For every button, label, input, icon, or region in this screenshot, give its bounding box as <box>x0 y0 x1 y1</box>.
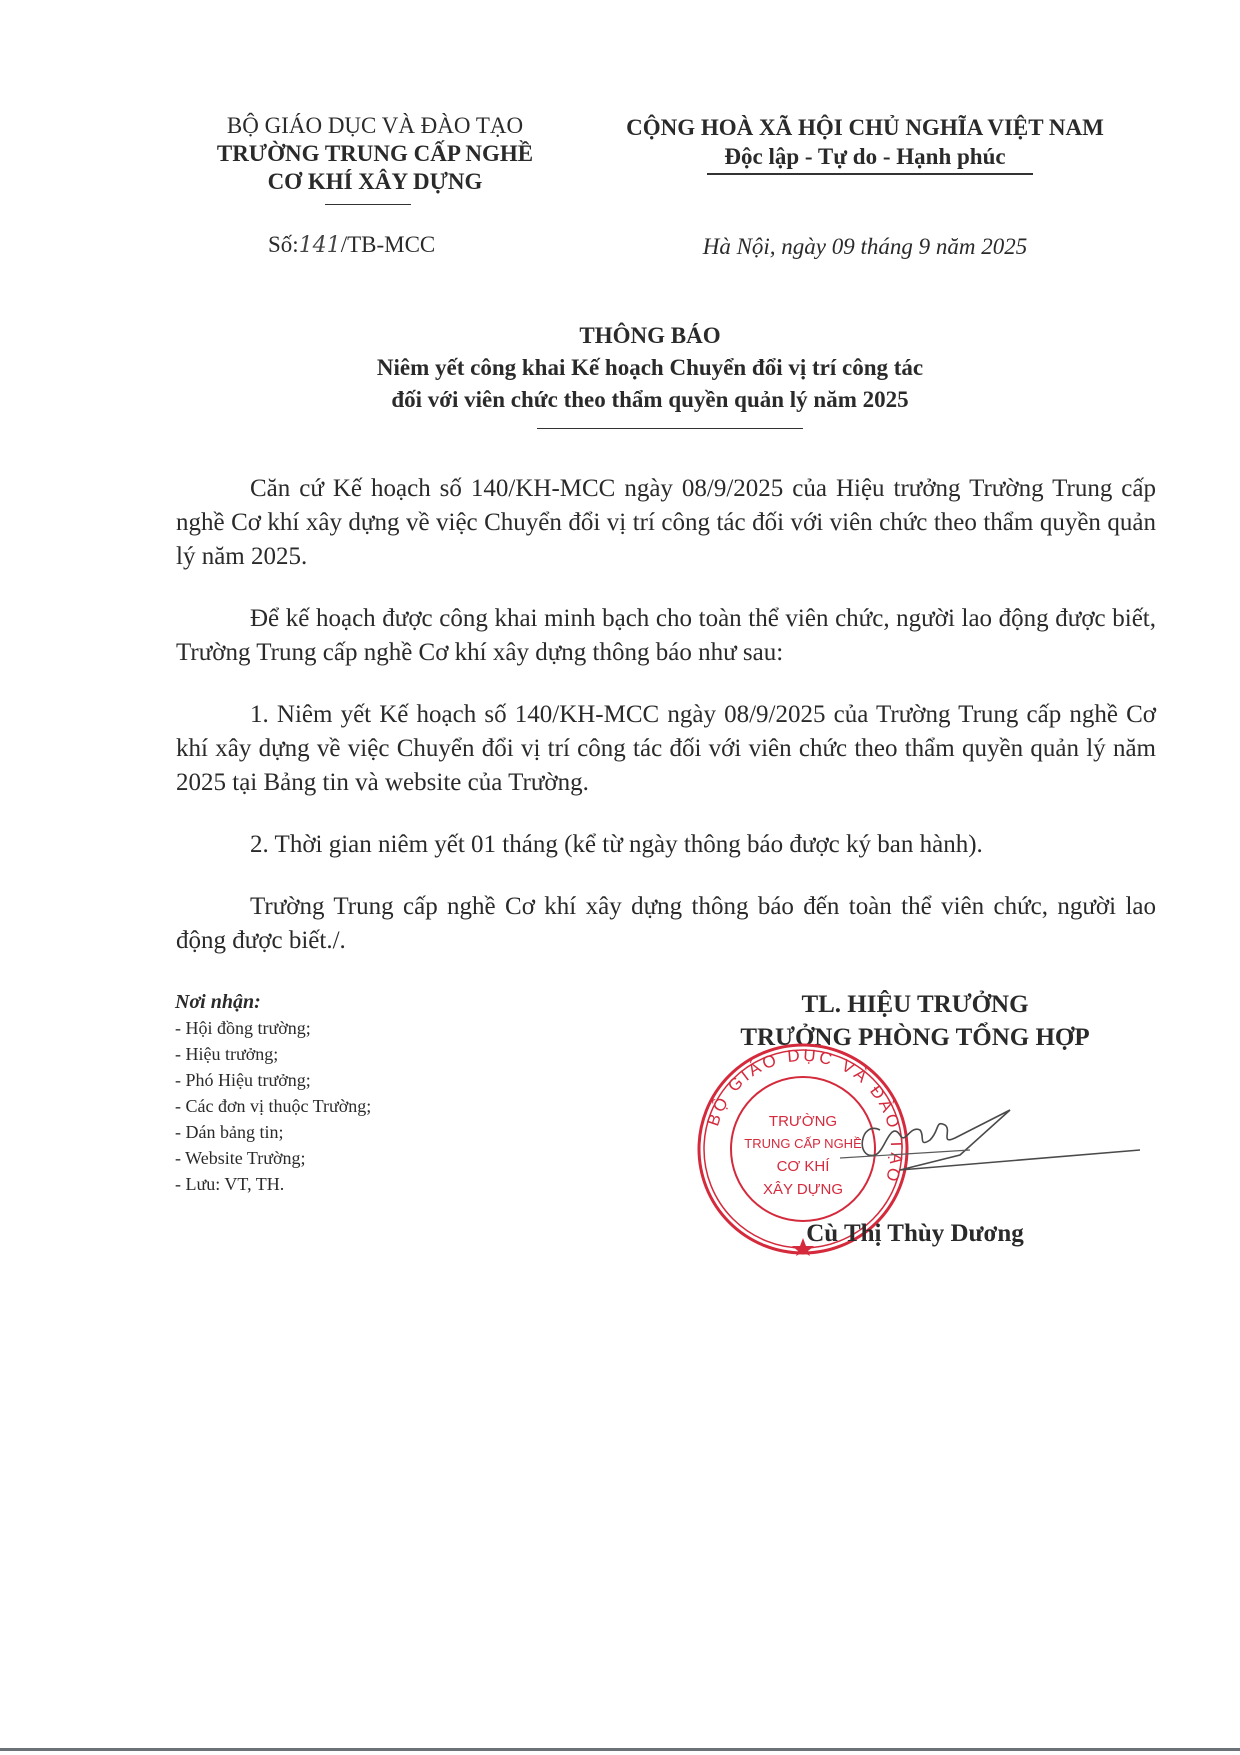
scan-edge-line <box>0 1748 1240 1751</box>
body-paragraph: 1. Niêm yết Kế hoạch số 140/KH-MCC ngày … <box>176 698 1156 800</box>
recipients-heading: Nơi nhận: <box>175 990 495 1015</box>
document-subject-line1: Niêm yết công khai Kế hoạch Chuyển đổi v… <box>300 352 1000 384</box>
school-name-line2: CƠ KHÍ XÂY DỰNG <box>180 168 570 196</box>
document-number: Số:141/TB-MCC <box>268 232 435 258</box>
recipient-item: - Dán bảng tin; <box>175 1119 495 1145</box>
header-left-divider <box>325 204 411 205</box>
recipient-item: - Website Trường; <box>175 1145 495 1171</box>
document-subject-line2: đối với viên chức theo thẩm quyền quản l… <box>300 384 1000 416</box>
nation-name: CỘNG HOÀ XÃ HỘI CHỦ NGHĨA VIỆT NAM <box>595 114 1135 142</box>
body-paragraph: Trường Trung cấp nghề Cơ khí xây dựng th… <box>176 890 1156 958</box>
title-divider <box>537 428 803 429</box>
doc-number-suffix: /TB-MCC <box>341 232 436 257</box>
issuing-authority-block: BỘ GIÁO DỤC VÀ ĐÀO TẠO TRƯỜNG TRUNG CẤP … <box>180 112 570 196</box>
recipient-item: - Hội đồng trường; <box>175 1015 495 1041</box>
document-type: THÔNG BÁO <box>300 320 1000 352</box>
body-paragraph: Để kế hoạch được công khai minh bạch cho… <box>176 602 1156 670</box>
body-paragraph: 2. Thời gian niêm yết 01 tháng (kể từ ng… <box>176 828 1156 862</box>
signature-role-line1: TL. HIỆU TRƯỞNG <box>690 988 1140 1021</box>
motto-underline <box>707 173 1033 175</box>
signer-name: Cù Thị Thùy Dương <box>690 1220 1140 1248</box>
ministry-name: BỘ GIÁO DỤC VÀ ĐÀO TẠO <box>180 112 570 140</box>
svg-text:TRƯỜNG: TRƯỜNG <box>769 1113 837 1130</box>
body-paragraph: Căn cứ Kế hoạch số 140/KH-MCC ngày 08/9/… <box>176 472 1156 574</box>
national-motto: Độc lập - Tự do - Hạnh phúc <box>595 142 1135 172</box>
doc-number-prefix: Số: <box>268 232 299 257</box>
document-title-block: THÔNG BÁO Niêm yết công khai Kế hoạch Ch… <box>300 320 1000 416</box>
handwritten-signature-icon <box>840 1100 1140 1190</box>
recipient-item: - Phó Hiệu trưởng; <box>175 1067 495 1093</box>
recipient-item: - Hiệu trưởng; <box>175 1041 495 1067</box>
recipient-item: - Lưu: VT, TH. <box>175 1171 495 1197</box>
svg-text:CƠ KHÍ: CƠ KHÍ <box>777 1158 831 1175</box>
national-header-block: CỘNG HOÀ XÃ HỘI CHỦ NGHĨA VIỆT NAM Độc l… <box>595 114 1135 172</box>
recipients-block: Nơi nhận: - Hội đồng trường; - Hiệu trưở… <box>175 990 495 1197</box>
document-body: Căn cứ Kế hoạch số 140/KH-MCC ngày 08/9/… <box>176 472 1156 986</box>
issue-date: Hà Nội, ngày 09 tháng 9 năm 2025 <box>595 234 1135 260</box>
school-name-line1: TRƯỜNG TRUNG CẤP NGHỀ <box>180 140 570 168</box>
recipient-item: - Các đơn vị thuộc Trường; <box>175 1093 495 1119</box>
svg-text:XÂY DỰNG: XÂY DỰNG <box>763 1181 843 1198</box>
doc-number-handwritten: 141 <box>299 233 341 258</box>
